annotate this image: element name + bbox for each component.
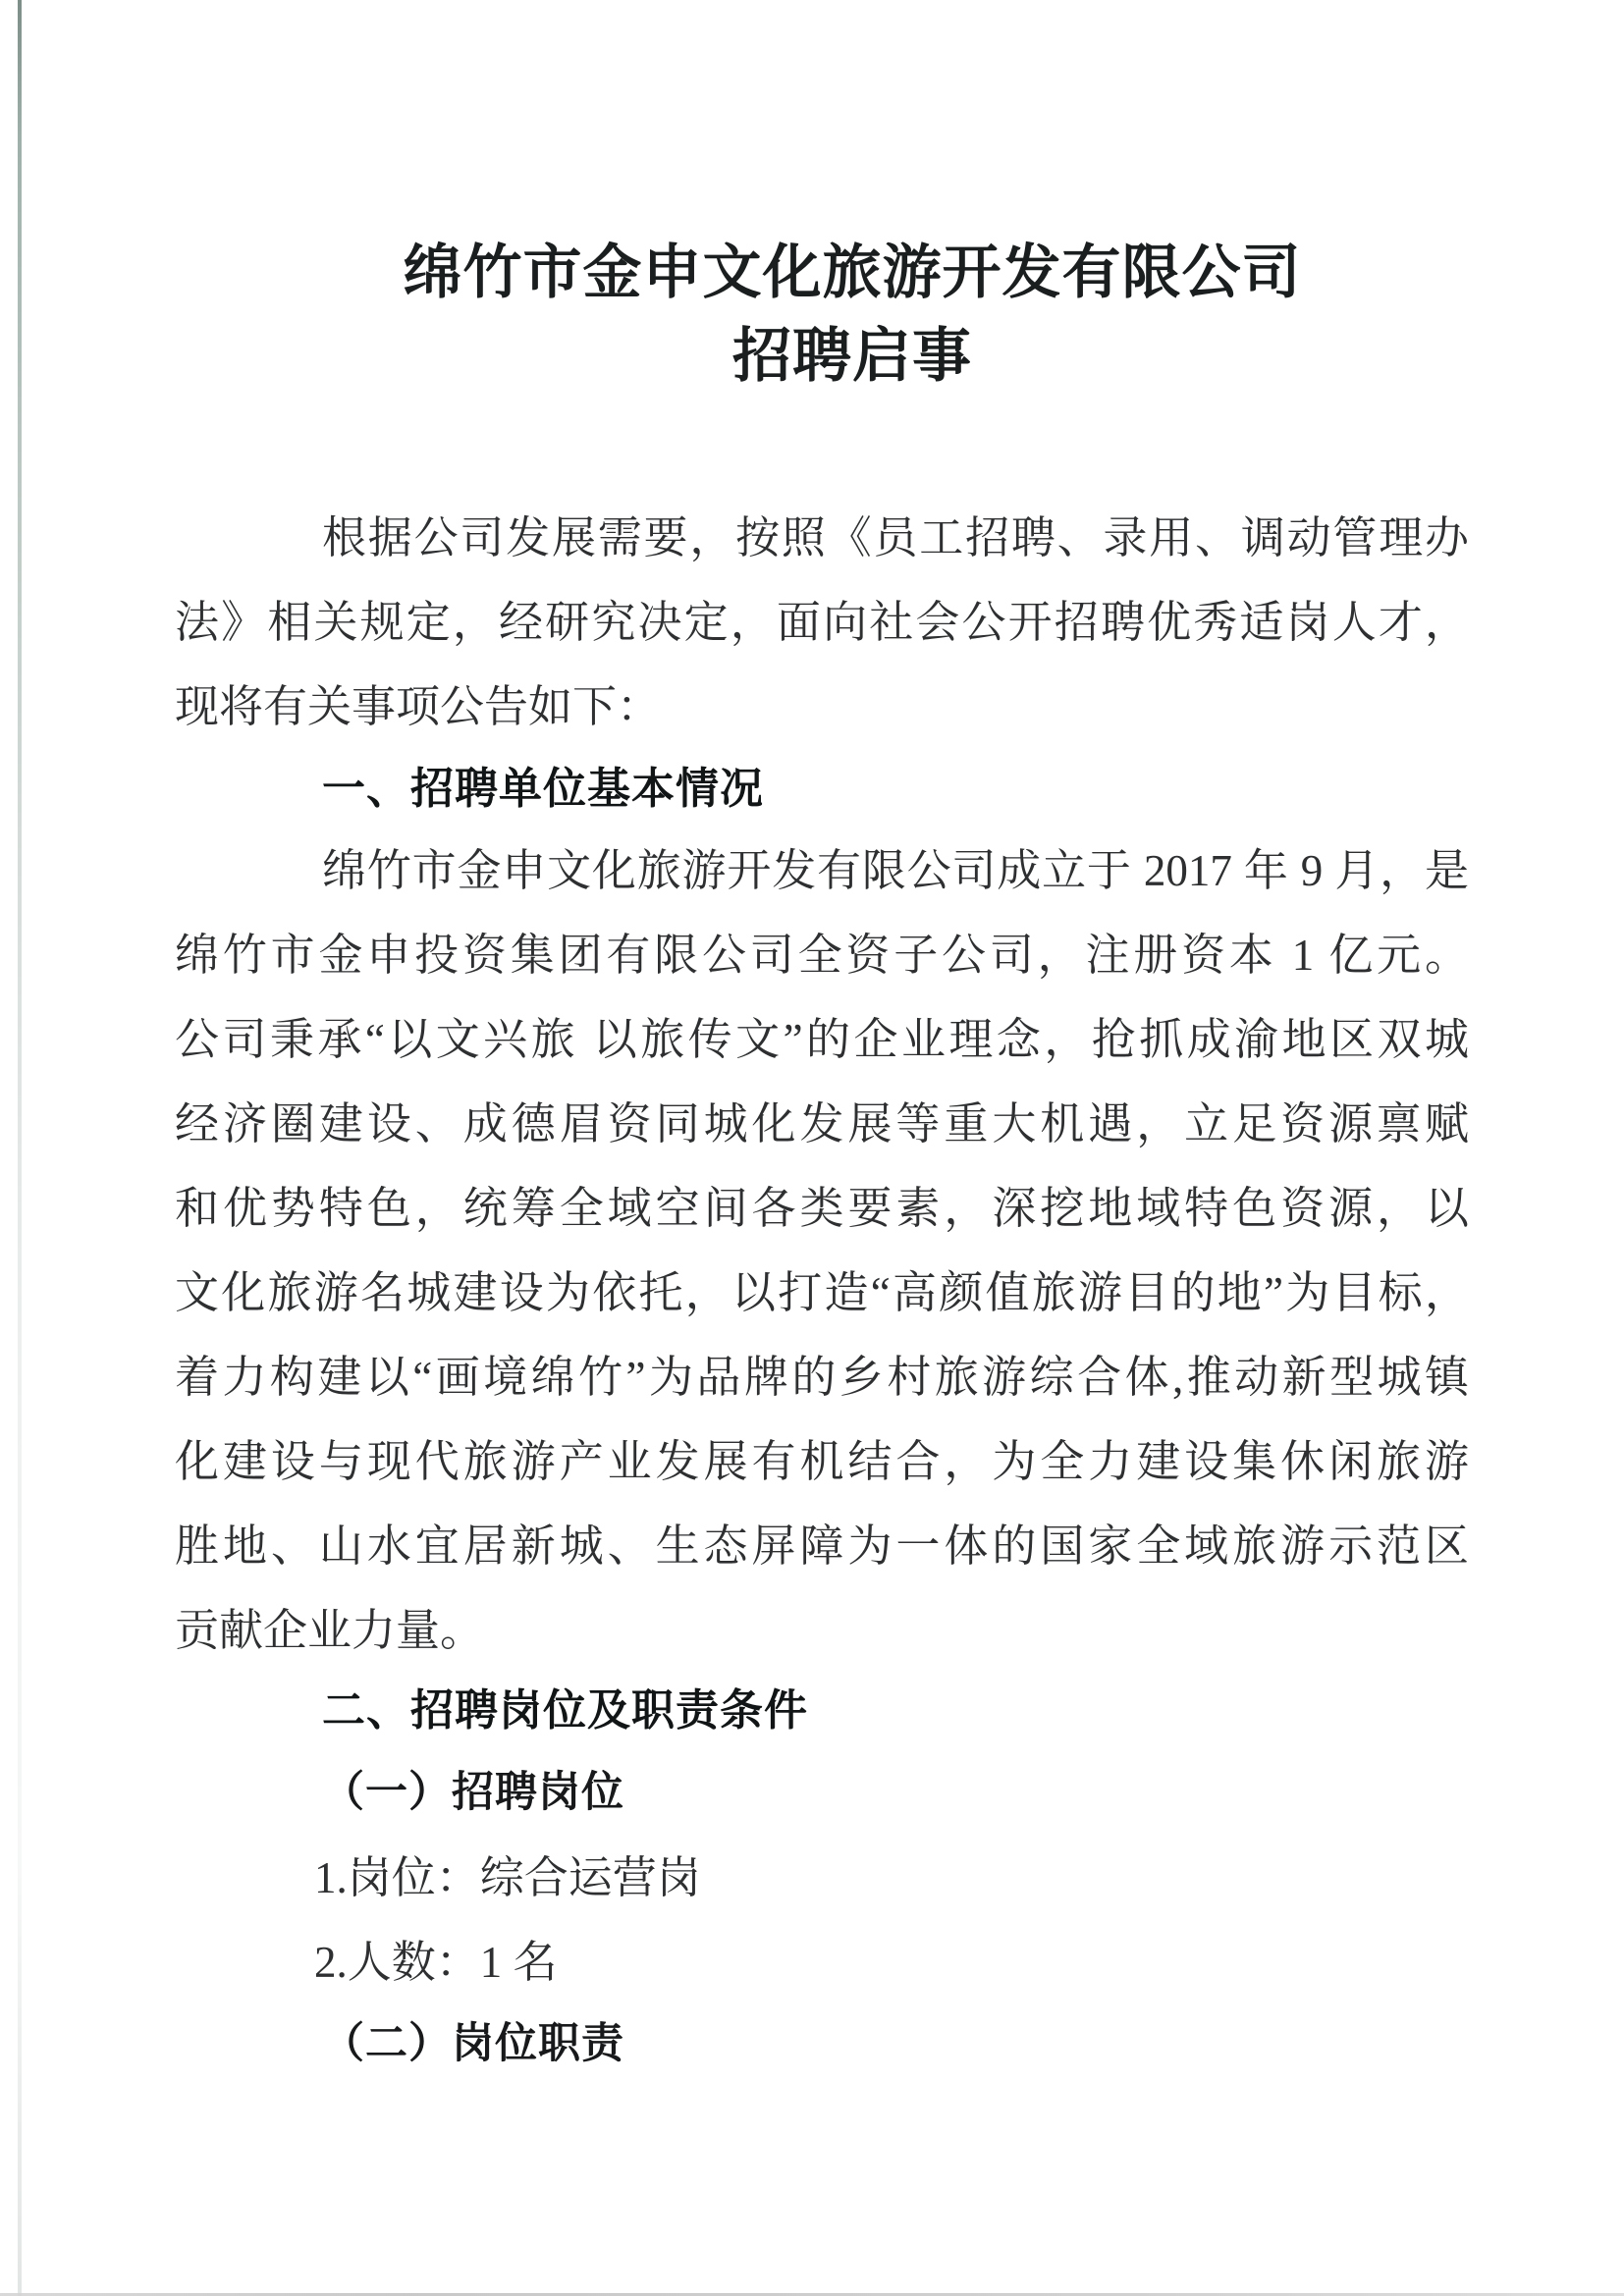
section1-line-2: 绵竹市金申投资集团有限公司全资子公司，注册资本 1 亿元。 <box>175 925 1469 986</box>
section1-line-4: 经济圈建设、成德眉资同城化发展等重大机遇，立足资源禀赋 <box>175 1094 1469 1154</box>
section2-heading: 二、招聘岗位及职责条件 <box>175 1681 1469 1741</box>
section1-line-5: 和优势特色，统筹全域空间各类要素，深挖地域特色资源，以 <box>175 1178 1469 1239</box>
item-headcount: 2.人数：1 名 <box>175 1932 1469 1993</box>
section1-line-1: 绵竹市金申文化旅游开发有限公司成立于 2017 年 9 月，是 <box>175 840 1469 901</box>
item-position: 1.岗位：综合运营岗 <box>175 1847 1469 1908</box>
section1-line-8: 化建设与现代旅游产业发展有机结合，为全力建设集休闲旅游 <box>175 1431 1469 1492</box>
doc-title-line2: 招聘启事 <box>0 321 1624 392</box>
section1-heading: 一、招聘单位基本情况 <box>175 759 1469 820</box>
section1-line-7: 着力构建以“画境绵竹”为品牌的乡村旅游综合体,推动新型城镇 <box>175 1347 1469 1408</box>
section1-line-3: 公司秉承“以文兴旅 以旅传文”的企业理念，抢抓成渝地区双城 <box>175 1009 1469 1070</box>
section1-line-6: 文化旅游名城建设为依托，以打造“高颜值旅游目的地”为目标， <box>175 1262 1469 1323</box>
section1-line-9: 胜地、山水宜居新城、生态屏障为一体的国家全域旅游示范区 <box>175 1516 1469 1576</box>
sub-heading-recruit-position: （一）招聘岗位 <box>175 1763 1469 1824</box>
sub-heading-position-duty: （二）岗位职责 <box>175 2014 1469 2075</box>
intro-line-3: 现将有关事项公告如下： <box>175 676 1469 737</box>
doc-title-line1: 绵竹市金申文化旅游开发有限公司 <box>0 238 1624 308</box>
document-page: 绵竹市金申文化旅游开发有限公司 招聘启事 根据公司发展需要，按照《员工招聘、录用… <box>0 0 1624 2296</box>
intro-line-1: 根据公司发展需要，按照《员工招聘、录用、调动管理办 <box>175 507 1469 568</box>
intro-line-2: 法》相关规定，经研究决定，面向社会公开招聘优秀适岗人才， <box>175 592 1469 653</box>
section1-line-10: 贡献企业力量。 <box>175 1600 1469 1661</box>
